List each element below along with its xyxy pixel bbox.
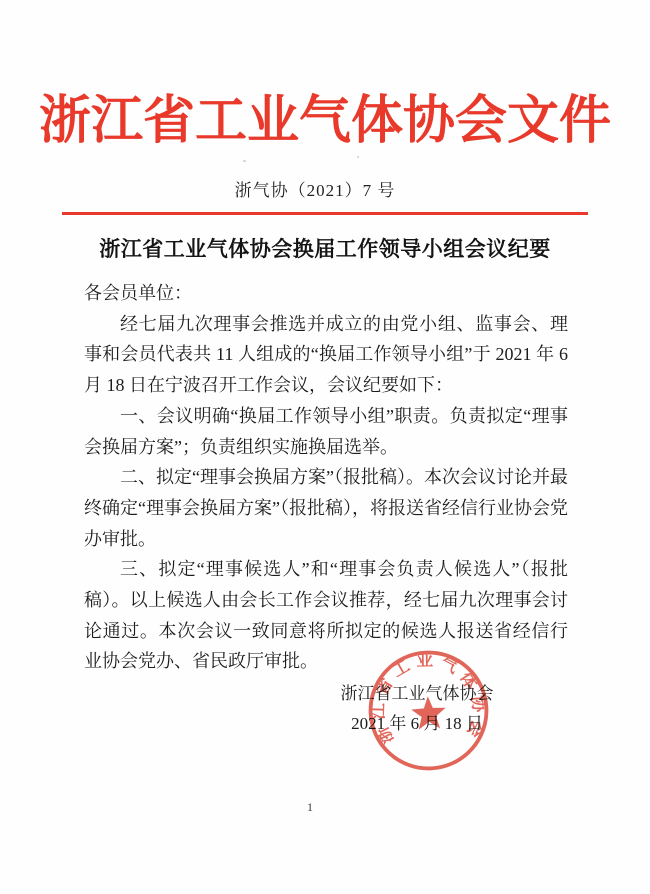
page-number: 1 [0, 800, 635, 815]
red-divider-line [62, 212, 588, 215]
document-title: 浙江省工业气体协会换届工作领导小组会议纪要 [0, 237, 650, 263]
document-body: 各会员单位： 经七届九次理事会推选并成立的由党小组、监事会、理事和会员代表共 1… [84, 278, 568, 677]
body-paragraph: 三、拟定“理事候选人”和“理事会负责人候选人”（报批稿）。以上候选人由会长工作会… [84, 554, 568, 677]
body-paragraph: 二、拟定“理事会换届方案”（报批稿）。本次会议讨论并最终确定“理事会换届方案”（… [84, 462, 568, 554]
letterhead-title: 浙江省工业气体协会文件 [0, 84, 650, 160]
scan-speck [531, 238, 533, 240]
seal-star-icon [411, 695, 447, 729]
body-paragraph: 一、会议明确“换届工作领导小组”职责。负责拟定“理事会换届方案”；负责组织实施换… [84, 401, 568, 462]
scan-speck [243, 160, 246, 162]
scan-speck [357, 156, 359, 158]
salutation: 各会员单位： [84, 278, 568, 309]
body-paragraph: 经七届九次理事会推选并成立的由党小组、监事会、理事和会员代表共 11 人组成的“… [84, 309, 568, 401]
document-page: 浙江省工业气体协会文件 浙气协（2021）7 号 浙江省工业气体协会换届工作领导… [0, 0, 650, 894]
official-seal: 浙江省工业气体协会 [359, 641, 499, 781]
document-number: 浙气协（2021）7 号 [0, 180, 640, 202]
